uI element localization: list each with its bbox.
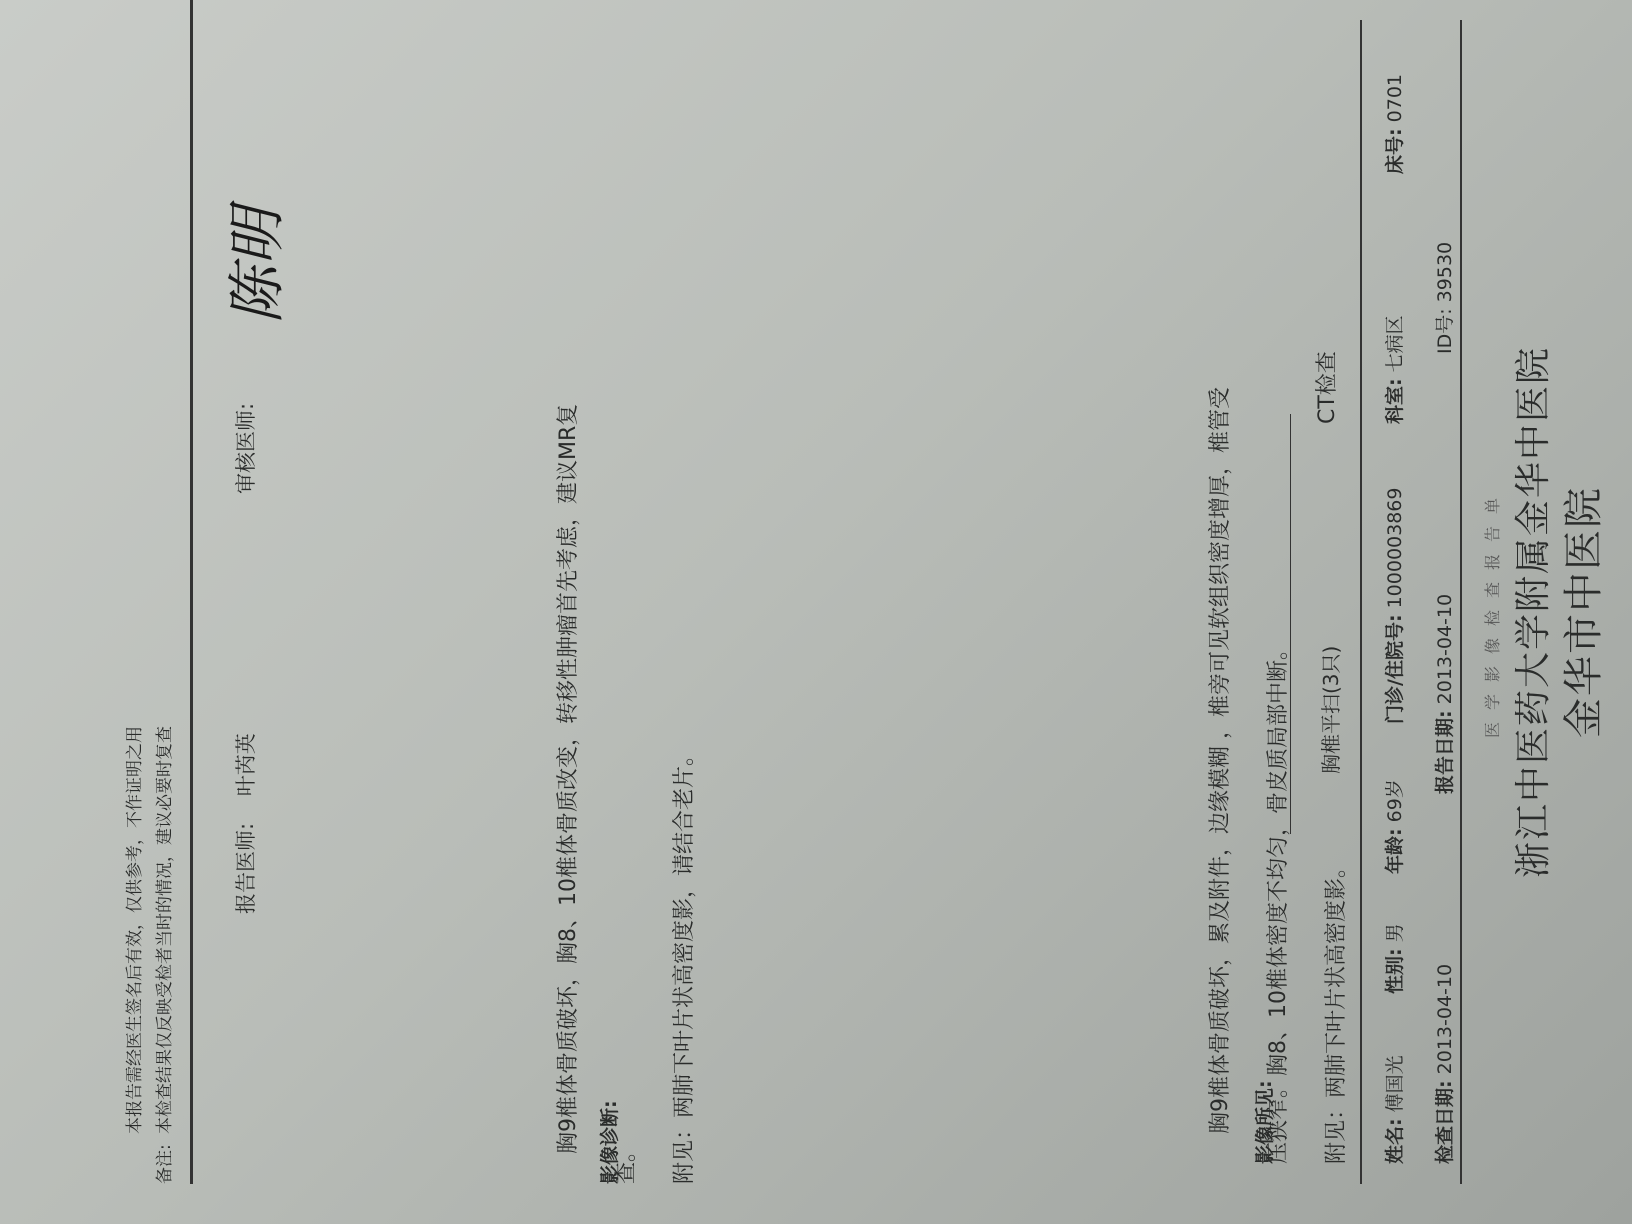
diagnosis-line: 附见：两肺下叶片状高密度影，请结合老片。 [656, 404, 714, 1184]
footer-rule [190, 0, 193, 1184]
ct-report-page: 金华市中医院 浙江中医药大学附属金华中医院 医学影像检查报告单 检查日期: 20… [0, 0, 1632, 1224]
bed-number: 床号: 0701 [1380, 74, 1407, 174]
header-rule-top [1460, 20, 1462, 1184]
hospital-affiliation: 浙江中医药大学附属金华中医院 [1505, 0, 1556, 1224]
note-line: 本检查结果仅反映受检者当时的情况，建议必要时复查 [150, 726, 175, 1134]
department: 科室: 七病区 [1380, 315, 1407, 424]
form-title: 医学影像检查报告单 [1480, 0, 1503, 1224]
report-date: 报告日期: 2013-04-10 [1430, 594, 1457, 794]
findings-line: 胸9椎体骨质破坏，累及附件，边缘模糊 ，椎旁可见软组织密度增厚，椎管受 [1192, 387, 1250, 1134]
reviewing-physician-label: 审核医师: [230, 403, 260, 494]
patient-name: 姓名: 傅国光 [1380, 1055, 1407, 1164]
note-line: 本报告需经医生签名后有效，仅供参考，不作证明之用 [120, 726, 145, 1134]
findings-line: 压狭窄。胸8、10椎体密度不均匀，骨皮质局部中断。 [1250, 387, 1308, 1164]
diagnosis-text: 胸9椎体骨质破坏，胸8、10椎体骨质改变，转移性肿瘤首先考虑，建议MR复 查。 … [540, 404, 714, 1154]
exam-date: 检查日期: 2013-04-10 [1430, 964, 1457, 1164]
findings-line: 附见：两肺下叶片状高密度影。 [1308, 387, 1366, 1164]
diagnosis-line: 胸9椎体骨质破坏，胸8、10椎体骨质改变，转移性肿瘤首先考虑，建议MR复 [540, 404, 598, 1154]
findings-text: 胸9椎体骨质破坏，累及附件，边缘模糊 ，椎旁可见软组织密度增厚，椎管受 压狭窄。… [1192, 387, 1366, 1134]
notes-label: 备注: [150, 1144, 175, 1184]
patient-age: 年龄: 69岁 [1380, 779, 1407, 874]
hospital-name: 金华市中医院 [1552, 0, 1609, 1224]
patient-sex: 性别: 男 [1380, 923, 1407, 994]
reviewer-signature: 陈明 [210, 208, 294, 324]
patient-id: ID号: 39530 [1430, 242, 1457, 354]
diagnosis-line: 查。 [598, 404, 656, 1184]
outpatient-number: 门诊/住院号: 1000003869 [1380, 488, 1407, 724]
reporting-physician: 报告医师: 叶芮英 [230, 733, 260, 914]
